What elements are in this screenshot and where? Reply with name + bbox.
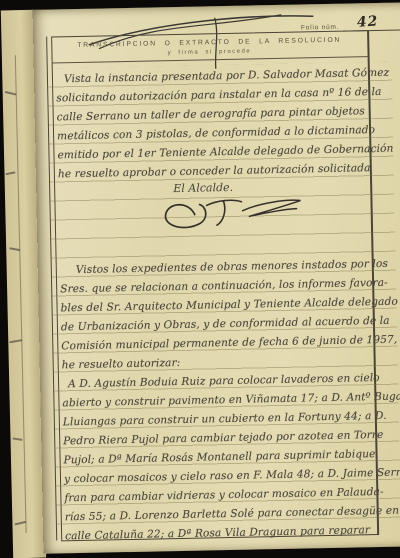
folio-number: 42 [356, 13, 379, 31]
alcalde-signature-scribble [154, 190, 320, 235]
previous-page-ink-marks [1, 10, 34, 11]
resolution-entry-2: Vistos los expedientes de obras menores … [60, 255, 400, 547]
register-form-page: Folio núm. 42 TRANSCRIPCION O EXTRACTO D… [33, 2, 400, 554]
scanned-document-photo: Folio núm. 42 TRANSCRIPCION O EXTRACTO D… [0, 0, 400, 558]
resolution-entry-1: Vista la instancia presentada por D. Sal… [56, 64, 392, 185]
previous-page-rule-line [15, 55, 27, 533]
